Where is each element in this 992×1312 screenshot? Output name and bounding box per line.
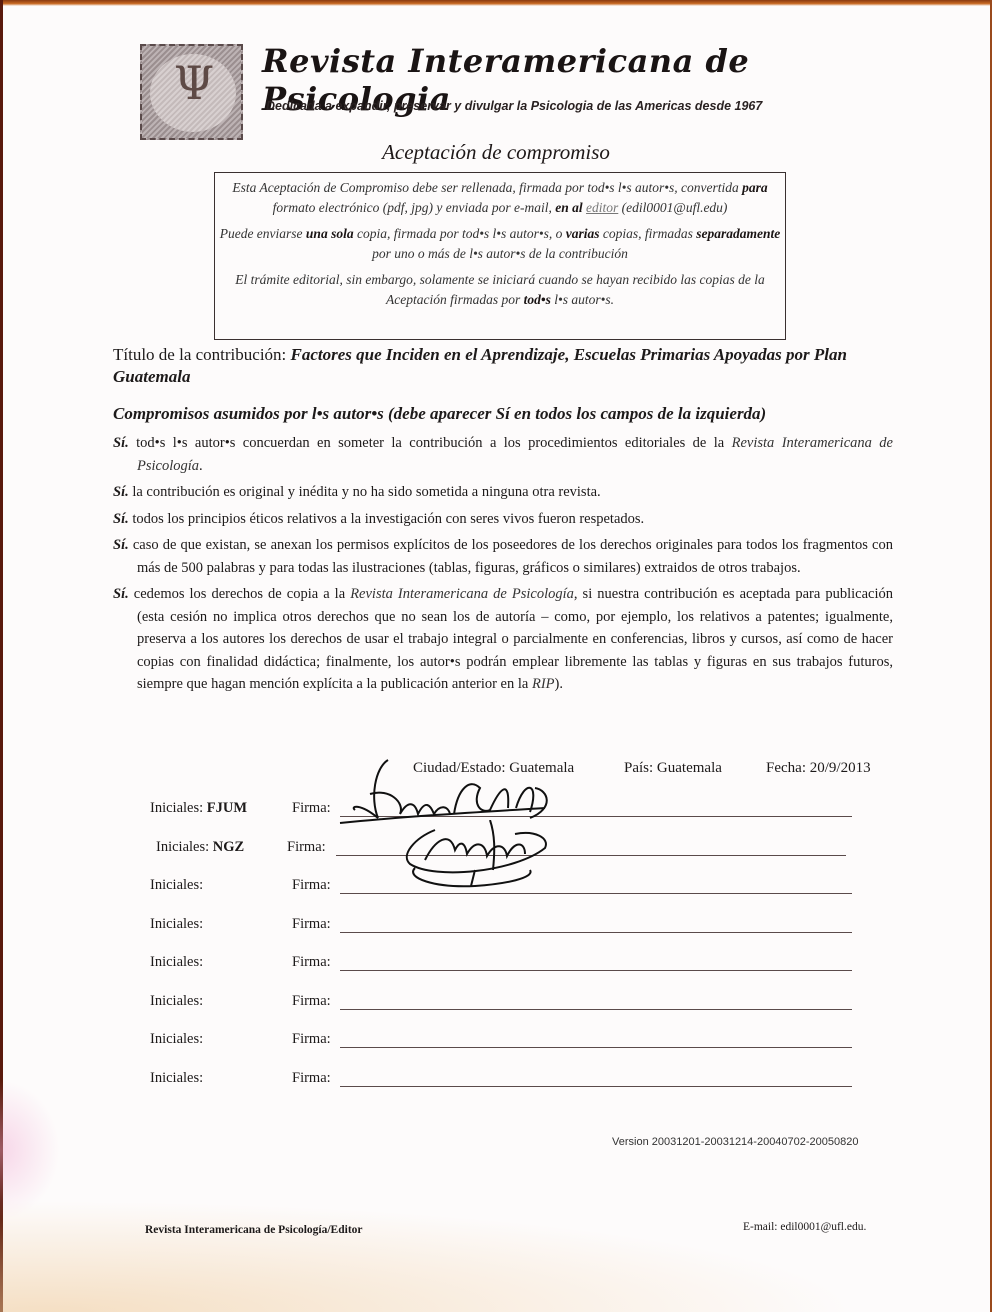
firma-label: Firma: bbox=[292, 993, 331, 1010]
initials-field[interactable]: Iniciales: bbox=[150, 1070, 203, 1087]
form-title: Aceptación de compromiso bbox=[0, 140, 992, 165]
commitment-item: Sí. la contribución es original y inédit… bbox=[113, 481, 893, 504]
commitment-item: Sí. tod•s l•s autor•s concuerdan en some… bbox=[113, 432, 893, 477]
commitment-item: Sí. cedemos los derechos de copia a la R… bbox=[113, 583, 893, 696]
initials-field[interactable]: Iniciales: bbox=[150, 877, 203, 894]
contribution-title: Título de la contribución: Factores que … bbox=[113, 344, 903, 388]
commitments-heading: Compromisos asumidos por l•s autor•s (de… bbox=[113, 404, 903, 424]
initials-field[interactable]: Iniciales: NGZ bbox=[156, 839, 244, 856]
date-field: Fecha: 20/9/2013 bbox=[766, 760, 871, 777]
signature-row: Iniciales:Firma: bbox=[150, 877, 860, 916]
signature-row: Iniciales:Firma: bbox=[150, 954, 860, 993]
paper-tint bbox=[0, 1080, 60, 1220]
firma-label: Firma: bbox=[292, 800, 331, 817]
signature-line[interactable] bbox=[340, 1086, 852, 1087]
initials-field[interactable]: Iniciales: bbox=[150, 1031, 203, 1048]
si-checkmark-label: Sí. bbox=[113, 511, 129, 527]
signature-line[interactable] bbox=[340, 1047, 852, 1048]
firma-label: Firma: bbox=[287, 839, 326, 856]
si-checkmark-label: Sí. bbox=[113, 537, 129, 553]
firma-label: Firma: bbox=[292, 916, 331, 933]
psi-globe-logo-icon: Ψ bbox=[140, 44, 243, 140]
signature-row: Iniciales: FJUMFirma: bbox=[150, 800, 860, 839]
signature-line[interactable] bbox=[340, 1009, 852, 1010]
signature-table: Iniciales: FJUMFirma:Iniciales: NGZFirma… bbox=[150, 800, 860, 1108]
initials-field[interactable]: Iniciales: bbox=[150, 916, 203, 933]
commitment-item: Sí. caso de que existan, se anexan los p… bbox=[113, 534, 893, 579]
commitments-list: Sí. tod•s l•s autor•s concuerdan en some… bbox=[113, 432, 893, 700]
footer-email: E-mail: edil0001@ufl.edu. bbox=[743, 1221, 866, 1233]
country-field: País: Guatemala bbox=[624, 760, 722, 777]
signature-row: Iniciales: NGZFirma: bbox=[150, 839, 860, 878]
footer-journal-editor: Revista Interamericana de Psicología/Edi… bbox=[145, 1224, 363, 1236]
instruction-paragraph-2: Puede enviarse una sola copia, firmada p… bbox=[215, 224, 785, 264]
instruction-paragraph-1: Esta Aceptación de Compromiso debe ser r… bbox=[215, 178, 785, 218]
si-checkmark-label: Sí. bbox=[113, 586, 129, 602]
signature-row: Iniciales:Firma: bbox=[150, 1070, 860, 1109]
contribution-title-label: Título de la contribución: bbox=[113, 345, 291, 364]
instruction-paragraph-3: El trámite editorial, sin embargo, solam… bbox=[215, 270, 785, 310]
psi-symbol: Ψ bbox=[164, 56, 224, 110]
editor-link[interactable]: editor bbox=[586, 200, 618, 215]
paper-shadow bbox=[0, 1182, 992, 1312]
signature-row: Iniciales:Firma: bbox=[150, 916, 860, 955]
journal-tagline: Dedicada a expandir, preservar y divulga… bbox=[266, 99, 906, 113]
signature-line[interactable] bbox=[340, 970, 852, 971]
signature-row: Iniciales:Firma: bbox=[150, 993, 860, 1032]
signature-line[interactable] bbox=[340, 893, 852, 894]
signature-line[interactable] bbox=[340, 932, 852, 933]
initials-field[interactable]: Iniciales: FJUM bbox=[150, 800, 247, 817]
instructions-box: Esta Aceptación de Compromiso debe ser r… bbox=[214, 172, 786, 340]
signature-line[interactable] bbox=[336, 855, 846, 856]
city-field: Ciudad/Estado: Guatemala bbox=[413, 760, 574, 777]
version-label: Version 20031201-20031214-20040702-20050… bbox=[612, 1136, 859, 1148]
commitment-item: Sí. todos los principios éticos relativo… bbox=[113, 508, 893, 531]
signature-row: Iniciales:Firma: bbox=[150, 1031, 860, 1070]
firma-label: Firma: bbox=[292, 1070, 331, 1087]
firma-label: Firma: bbox=[292, 954, 331, 971]
si-checkmark-label: Sí. bbox=[113, 435, 129, 451]
si-checkmark-label: Sí. bbox=[113, 484, 129, 500]
initials-field[interactable]: Iniciales: bbox=[150, 993, 203, 1010]
initials-field[interactable]: Iniciales: bbox=[150, 954, 203, 971]
signature-line[interactable] bbox=[340, 816, 852, 817]
firma-label: Firma: bbox=[292, 1031, 331, 1048]
firma-label: Firma: bbox=[292, 877, 331, 894]
paper-edge-top bbox=[0, 0, 992, 6]
